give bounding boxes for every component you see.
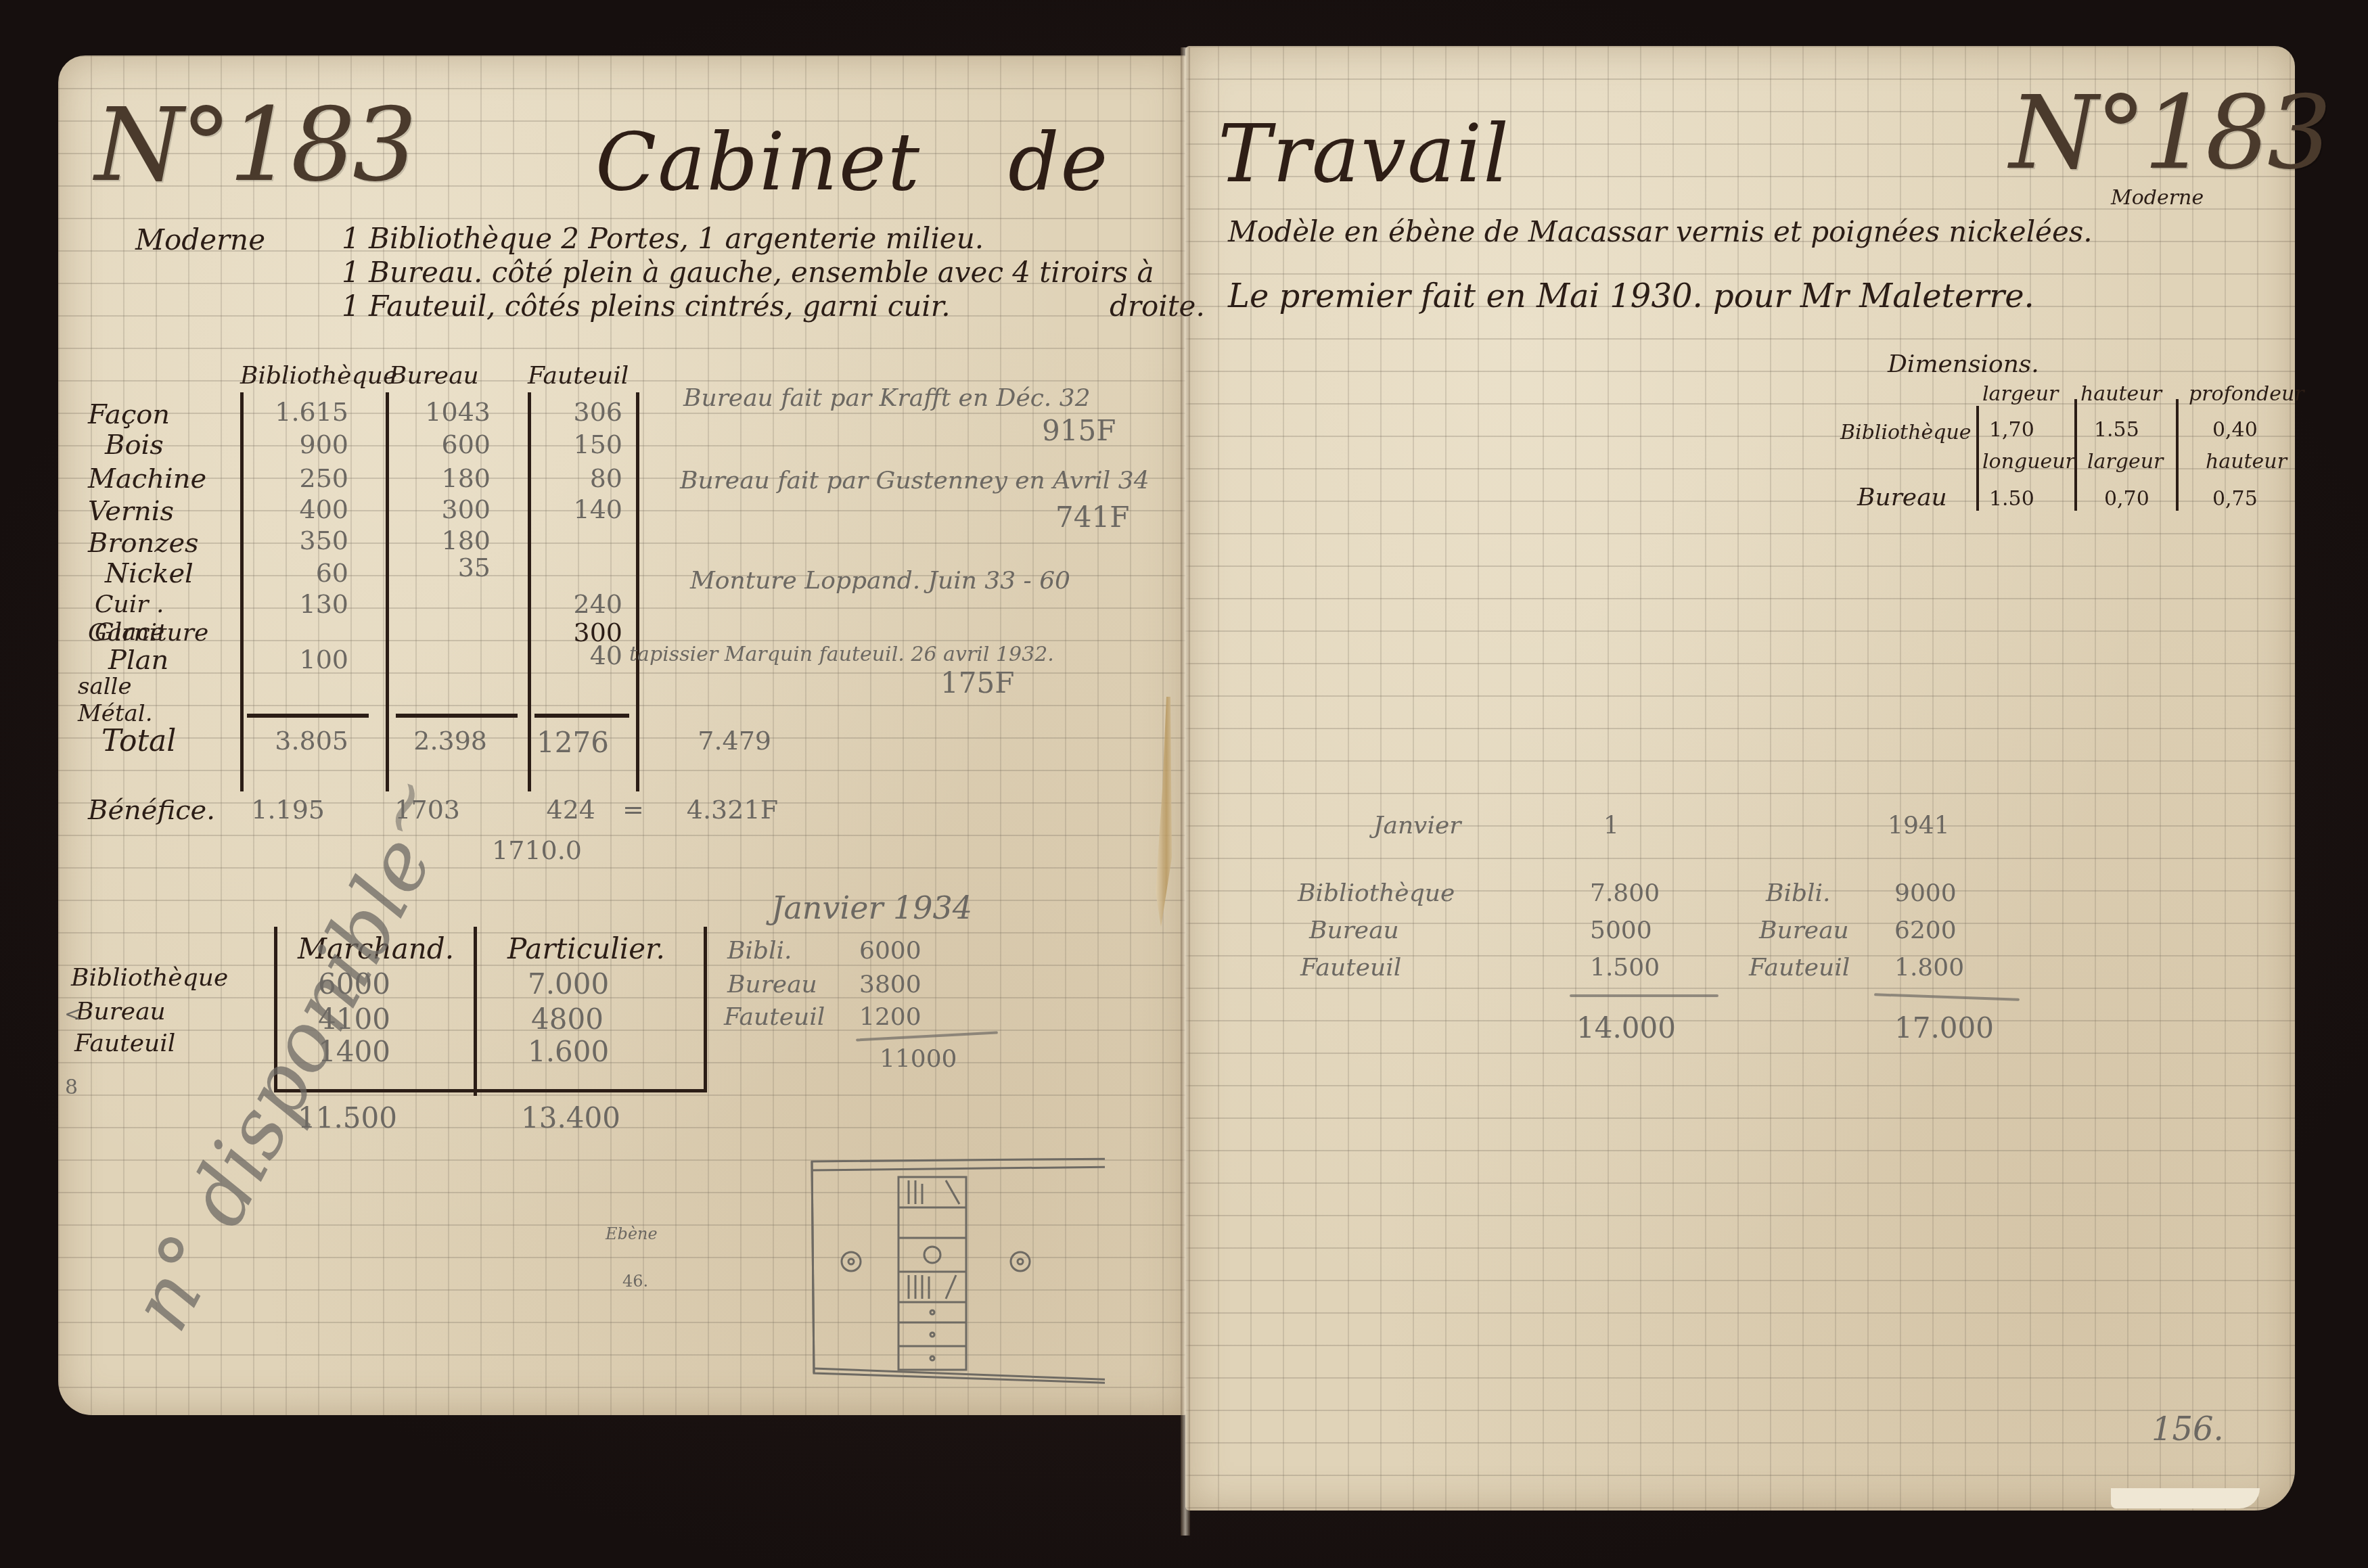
jan34-label: Fauteuil — [724, 1003, 825, 1031]
jan41-label-b: Bureau — [1759, 917, 1849, 944]
grand-total: 7.479 — [656, 726, 771, 756]
title-word-de: de — [1008, 115, 1109, 208]
dim-value: 1.50 — [1989, 487, 2034, 511]
price-cell: 4800 — [531, 1002, 604, 1036]
cost-cell: 350 — [233, 526, 348, 555]
price-col-header-particulier: Particulier. — [507, 932, 665, 965]
dim-value: 0,70 — [2104, 487, 2149, 511]
cost-row-label: Bronzes — [88, 528, 199, 559]
total-rule — [396, 714, 518, 718]
price-cell: 7.000 — [528, 967, 609, 1000]
page-number: 156. — [2151, 1410, 2224, 1448]
cost-row-label: Bois — [105, 430, 164, 461]
price-row-label-1: Bibliothèque — [71, 964, 228, 992]
cost-cell: 180 — [375, 526, 491, 555]
total-bureau: 2.398 — [372, 726, 487, 756]
title-word-cabinet: Cabinet — [595, 115, 921, 208]
cost-cell: 180 — [375, 463, 491, 493]
book-spine — [1181, 47, 1190, 1536]
cost-row-label: Façon — [88, 399, 170, 430]
jan34-label: Bibli. — [727, 937, 792, 965]
benefit-label: Bénéfice. — [88, 795, 215, 826]
price-row-label-3: Fauteuil — [74, 1030, 175, 1057]
annotation-3: Monture Loppand. Juin 33 - 60 — [690, 567, 1070, 595]
cost-cell: 130 — [233, 589, 348, 619]
jan41-mark: 1 — [1603, 812, 1619, 839]
total-rule — [534, 714, 629, 718]
jan41-year: 1941 — [1888, 812, 1950, 839]
cost-cell: 250 — [233, 463, 348, 493]
cost-col-header-3: Fauteuil — [528, 362, 629, 390]
jan41-month: Janvier — [1373, 812, 1461, 839]
benefit-bibliotheque: 1.195 — [210, 795, 325, 825]
description-line-2: 1 Bureau. côté plein à gauche, ensemble … — [342, 256, 1154, 289]
jan34-total: 11000 — [880, 1045, 957, 1073]
jan34-value: 6000 — [859, 937, 921, 965]
jan41-label-b: Bibli. — [1766, 879, 1830, 907]
price-total-particulier: 13.400 — [521, 1101, 620, 1134]
annotation-4-amount: 175F — [940, 666, 1014, 699]
jan41-value-a: 7.800 — [1590, 879, 1660, 907]
cabinet-sketch-drawing — [804, 1153, 1105, 1397]
dim-header: hauteur — [2080, 382, 2162, 406]
dim-header: longueur — [1982, 450, 2075, 474]
cost-col-divider — [636, 392, 639, 791]
jan41-total-a: 14.000 — [1576, 1011, 1676, 1044]
cost-col-header-2: Bureau — [389, 362, 479, 390]
annotation-4: tapissier Marquin fauteuil. 26 avril 193… — [629, 643, 1054, 666]
title-word-travail: Travail — [1218, 107, 1510, 200]
cost-row-label: Garniture — [88, 619, 208, 647]
dim-divider — [2074, 399, 2077, 511]
jan34-label: Bureau — [727, 971, 817, 998]
jan34-value: 3800 — [859, 971, 921, 998]
cost-cell: 306 — [507, 397, 622, 427]
jan41-sum-rule-a — [1570, 994, 1718, 997]
cost-cell: 900 — [233, 430, 348, 459]
style-label-right: Moderne — [2111, 186, 2204, 210]
price-table-divider — [474, 927, 477, 1096]
jan34-value: 1200 — [859, 1003, 921, 1031]
total-label: Total — [101, 724, 176, 758]
jan41-value-a: 1.500 — [1590, 954, 1660, 982]
cost-row-label: Vernis — [88, 496, 174, 527]
cost-cell: 100 — [233, 645, 348, 674]
cost-cell: 140 — [507, 494, 622, 524]
cost-row-label: Plan — [108, 645, 168, 676]
dim-value: 1,70 — [1989, 418, 2034, 442]
dim-value: 1.55 — [2094, 418, 2139, 442]
cost-cell: 240 — [507, 589, 622, 619]
dimensions-heading: Dimensions. — [1888, 350, 2039, 378]
cost-cell: 60 — [233, 558, 348, 588]
cost-cell: 80 — [507, 463, 622, 493]
cost-cell: 150 — [507, 430, 622, 459]
description-line-4: droite. — [1110, 290, 1205, 323]
benefit-total: 4.321F — [663, 795, 778, 825]
page-edge — [2111, 1488, 2260, 1508]
cost-cell: 400 — [233, 494, 348, 524]
description-line-1: 1 Bibliothèque 2 Portes, 1 argenterie mi… — [342, 222, 984, 255]
price-cell: 1.600 — [528, 1035, 609, 1068]
dim-divider — [1976, 406, 1979, 511]
jan41-label-a: Bureau — [1309, 917, 1399, 944]
jan41-total-b: 17.000 — [1894, 1011, 1994, 1044]
cost-col-header-1: Bibliothèque — [240, 362, 397, 390]
jan41-value-b: 6200 — [1894, 917, 1957, 944]
annotation-1: Bureau fait par Krafft en Déc. 32 — [683, 384, 1091, 412]
right-page — [1185, 46, 2295, 1511]
dim-header: largeur — [1982, 382, 2058, 406]
entry-number-left: N°183 — [95, 87, 415, 204]
cost-row-label: salle Métal. — [78, 673, 153, 727]
price-row-label-2: Bureau — [76, 998, 166, 1025]
annotation-1-amount: 915F — [1042, 414, 1116, 447]
description-line-3: 1 Fauteuil, côtés pleins cintrés, garni … — [342, 290, 951, 323]
sketch-note: Ebène — [606, 1224, 658, 1243]
benefit-extra: 1710.0 — [467, 835, 582, 865]
dim-row-label: Bureau — [1857, 484, 1947, 511]
cost-row-label: Nickel — [105, 558, 193, 589]
jan41-label-a: Bibliothèque — [1298, 879, 1455, 907]
cost-cell: 35 — [375, 553, 491, 582]
cost-cell: 300 — [375, 494, 491, 524]
jan41-label-b: Fauteuil — [1749, 954, 1850, 982]
dim-value: 0,75 — [2212, 487, 2258, 511]
cost-cell: 40 — [507, 641, 622, 670]
sketch-note: 46. — [622, 1272, 648, 1291]
margin-mark: < — [64, 1002, 81, 1026]
benefit-fauteuil: 424 — [480, 795, 595, 825]
model-description: Modèle en ébène de Macassar vernis et po… — [1228, 215, 2093, 248]
margin-mark: 8 — [65, 1076, 78, 1099]
style-label-left: Moderne — [135, 223, 265, 256]
jan41-value-b: 1.800 — [1894, 954, 1964, 982]
total-rule — [247, 714, 369, 718]
dim-header: largeur — [2087, 450, 2163, 474]
dim-header: profondeur — [2189, 382, 2304, 406]
first-made-note: Le premier fait en Mai 1930. pour Mr Mal… — [1228, 277, 2034, 315]
total-bibliotheque: 3.805 — [233, 726, 348, 756]
january-1934-heading: Janvier 1934 — [771, 890, 972, 926]
entry-number-right: N°183 — [2009, 74, 2329, 192]
jan41-label-a: Fauteuil — [1300, 954, 1401, 982]
jan41-value-a: 5000 — [1590, 917, 1652, 944]
cost-cell: 600 — [375, 430, 491, 459]
cost-cell: 1043 — [375, 397, 491, 427]
jan41-value-b: 9000 — [1894, 879, 1957, 907]
dim-header: hauteur — [2206, 450, 2287, 474]
annotation-2: Bureau fait par Gustenney en Avril 34 — [680, 467, 1149, 494]
total-fauteuil: 1276 — [494, 726, 609, 759]
cost-row-label: Machine — [88, 463, 206, 494]
cost-cell: 1.615 — [233, 397, 348, 427]
dim-divider — [2176, 399, 2179, 511]
dim-row-label: Bibliothèque — [1840, 421, 1972, 444]
annotation-2-amount: 741F — [1055, 501, 1129, 534]
benefit-equals: = — [622, 795, 644, 825]
dim-value: 0,40 — [2212, 418, 2258, 442]
